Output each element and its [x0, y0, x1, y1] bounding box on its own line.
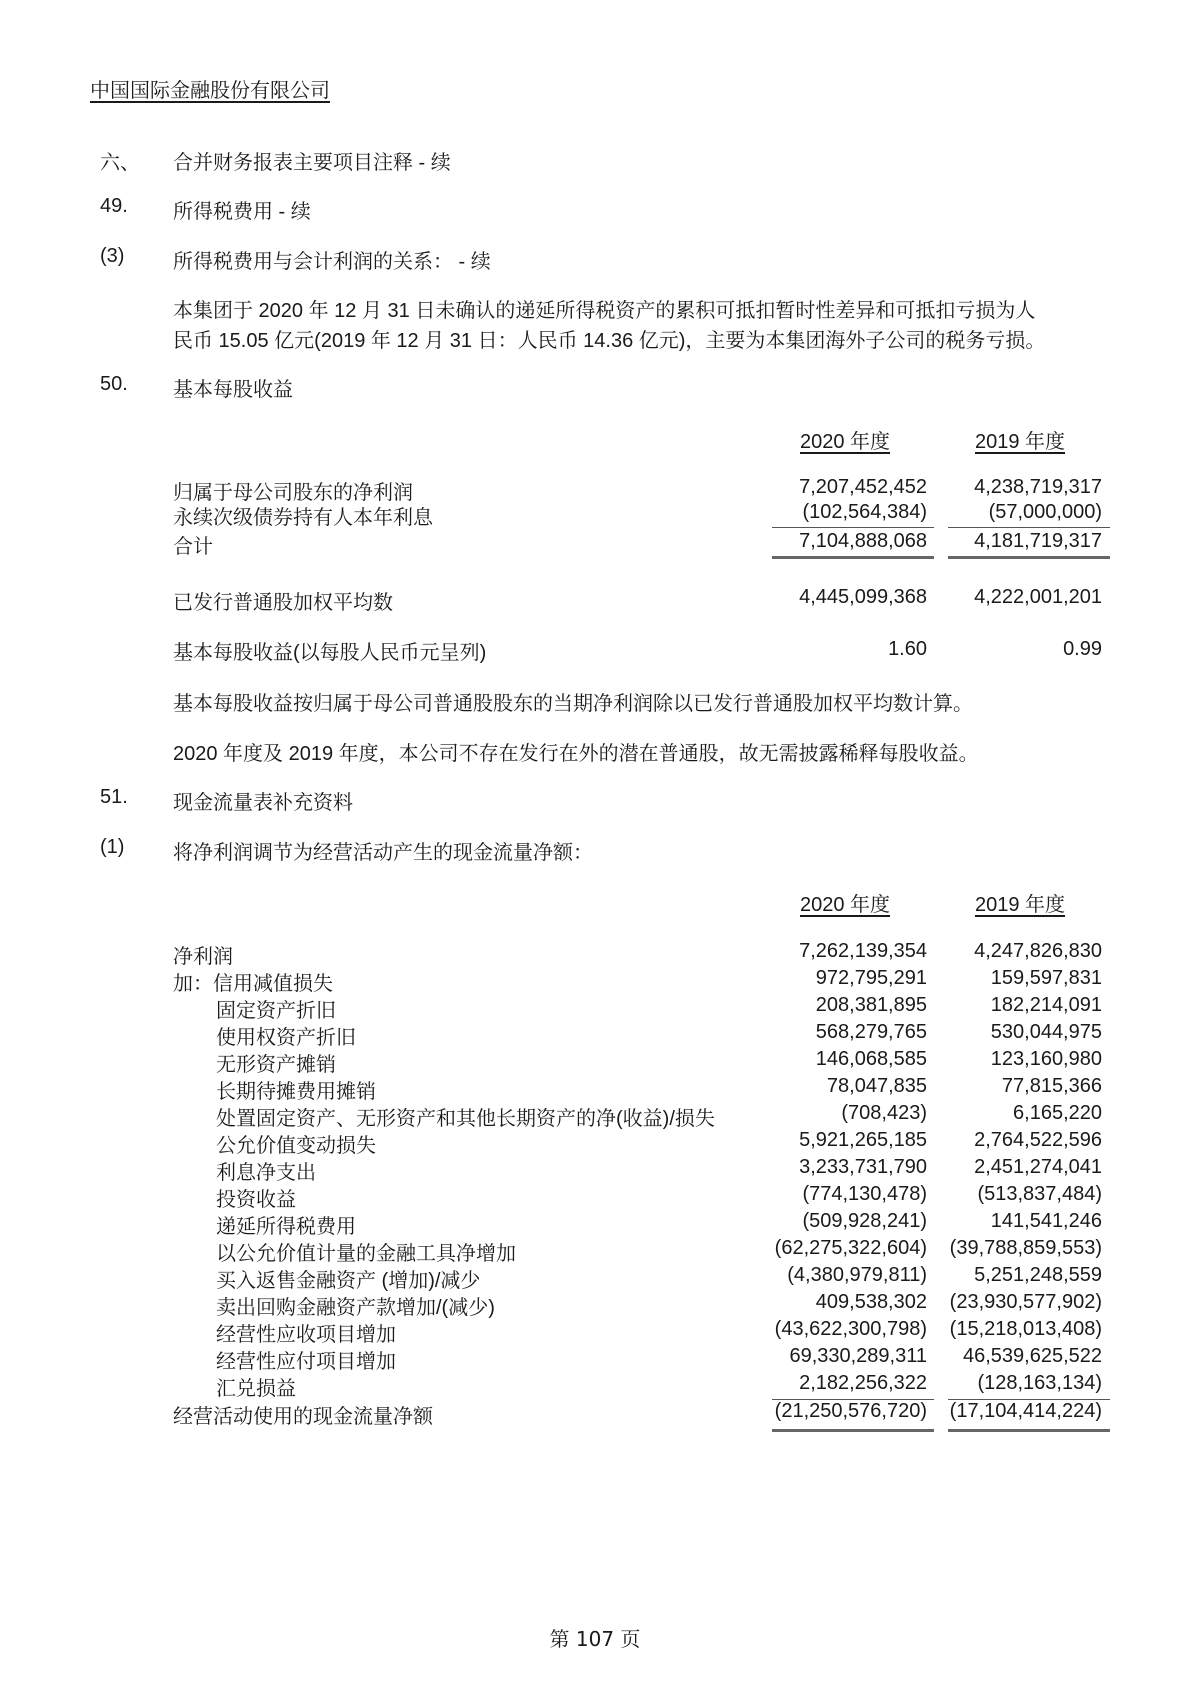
- cf-row-label: 卖出回购金融资产款增加/(减少): [216, 1291, 495, 1320]
- cf-row-2019: (128,163,134): [927, 1372, 1102, 1395]
- total-line-2020: [772, 556, 934, 559]
- cf-row-label: 利息净支出: [216, 1156, 316, 1185]
- cf-row-2020: 409,538,302: [752, 1291, 927, 1314]
- cf-row-2020: 78,047,835: [752, 1075, 927, 1098]
- eps-row-2019: 0.99: [927, 638, 1102, 661]
- eps-row-2019: 4,238,719,317: [927, 476, 1102, 499]
- cf-row-2019: 2,764,522,596: [927, 1129, 1102, 1152]
- cf-row-2020: (774,130,478): [752, 1183, 927, 1206]
- cf-row-label: 经营性应付项目增加: [216, 1345, 396, 1374]
- eps-row-2020: (102,564,384): [752, 501, 927, 524]
- cf-row-label: 汇兑损益: [216, 1372, 296, 1401]
- note-49-title: 所得税费用 - 续: [173, 195, 311, 224]
- note-51-1-number: (1): [100, 836, 124, 859]
- cf-row-label: 固定资产折旧: [216, 994, 336, 1023]
- subtotal-line-2020: [772, 527, 934, 528]
- cf-total-2020: (21,250,576,720): [752, 1400, 927, 1423]
- part-number: 六、: [100, 146, 140, 175]
- cf-row-label: 长期待摊费用摊销: [216, 1075, 376, 1104]
- eps-row-2020: 7,104,888,068: [752, 530, 927, 553]
- eps-row-label: 合计: [173, 530, 213, 559]
- subtotal-line-2019: [948, 527, 1110, 528]
- cf-row-2019: 182,214,091: [927, 994, 1102, 1017]
- cf-row-2020: 7,262,139,354: [752, 940, 927, 963]
- total-line-2019: [948, 1429, 1110, 1432]
- cf-row-label: 处置固定资产、无形资产和其他长期资产的净(收益)/损失: [216, 1102, 715, 1131]
- cf-row-2020: 208,381,895: [752, 994, 927, 1017]
- note-51-1-title: 将净利润调节为经营活动产生的现金流量净额：: [173, 836, 593, 865]
- eps-row-2020: 4,445,099,368: [752, 586, 927, 609]
- cf-row-2019: 6,165,220: [927, 1102, 1102, 1125]
- eps-row-2020: 1.60: [752, 638, 927, 661]
- cf-row-2020: (708,423): [752, 1102, 927, 1125]
- eps-row-label: 基本每股收益(以每股人民币元呈列): [173, 636, 486, 665]
- cf-row-2020: (62,275,322,604): [752, 1237, 927, 1260]
- eps-note-1: 基本每股收益按归属于母公司普通股股东的当期净利润除以已发行普通股加权平均数计算。: [173, 687, 973, 716]
- eps-row-2019: 4,181,719,317: [927, 530, 1102, 553]
- eps-col-2020: 2020 年度: [760, 425, 930, 454]
- cf-row-label: 经营性应收项目增加: [216, 1318, 396, 1347]
- cf-row-2019: (23,930,577,902): [927, 1291, 1102, 1314]
- note-49-3-title: 所得税费用与会计利润的关系： - 续: [173, 245, 491, 274]
- cf-row-label: 无形资产摊销: [216, 1048, 336, 1077]
- cf-row-2020: (509,928,241): [752, 1210, 927, 1233]
- cf-row-2019: (513,837,484): [927, 1183, 1102, 1206]
- note-51-number: 51.: [100, 786, 128, 809]
- eps-row-2019: (57,000,000): [927, 501, 1102, 524]
- cf-row-label: 递延所得税费用: [216, 1210, 356, 1239]
- cf-row-2019: 46,539,625,522: [927, 1345, 1102, 1368]
- cf-row-2020: (4,380,979,811): [752, 1264, 927, 1287]
- cf-row-2019: 141,541,246: [927, 1210, 1102, 1233]
- eps-col-2019: 2019 年度: [935, 425, 1105, 454]
- cf-row-label: 公允价值变动损失: [216, 1129, 376, 1158]
- company-name: 中国国际金融股份有限公司: [90, 74, 330, 103]
- total-line-2019: [948, 556, 1110, 559]
- cf-row-label: 买入返售金融资产 (增加)/减少: [216, 1264, 480, 1293]
- note-51-title: 现金流量表补充资料: [173, 786, 353, 815]
- cf-row-2020: 146,068,585: [752, 1048, 927, 1071]
- cf-row-2019: 5,251,248,559: [927, 1264, 1102, 1287]
- cf-row-2019: 4,247,826,830: [927, 940, 1102, 963]
- total-line-2020: [772, 1429, 934, 1432]
- note-49-number: 49.: [100, 195, 128, 218]
- cf-col-2020: 2020 年度: [760, 888, 930, 917]
- note-49-3-paragraph-line2: 民币 15.05 亿元(2019 年 12 月 31 日：人民币 14.36 亿…: [173, 324, 1045, 353]
- cf-row-label: 净利润: [173, 940, 233, 969]
- cf-row-2019: 123,160,980: [927, 1048, 1102, 1071]
- cf-row-2019: (15,218,013,408): [927, 1318, 1102, 1341]
- cf-row-label: 使用权资产折旧: [216, 1021, 356, 1050]
- cf-row-2020: 972,795,291: [752, 967, 927, 990]
- cf-row-2020: 5,921,265,185: [752, 1129, 927, 1152]
- cf-row-label: 加：信用减值损失: [173, 967, 333, 996]
- cf-row-2020: 2,182,256,322: [752, 1372, 927, 1395]
- part-title: 合并财务报表主要项目注释 - 续: [173, 146, 451, 175]
- eps-row-label: 已发行普通股加权平均数: [173, 586, 393, 615]
- cf-row-2020: 568,279,765: [752, 1021, 927, 1044]
- eps-row-2019: 4,222,001,201: [927, 586, 1102, 609]
- cf-total-2019: (17,104,414,224): [927, 1400, 1102, 1423]
- page-number: 第 107 页: [0, 1623, 1190, 1652]
- cf-row-2019: 530,044,975: [927, 1021, 1102, 1044]
- cf-row-2020: 3,233,731,790: [752, 1156, 927, 1179]
- cf-row-label: 投资收益: [216, 1183, 296, 1212]
- cf-row-2019: (39,788,859,553): [927, 1237, 1102, 1260]
- cf-row-2019: 77,815,366: [927, 1075, 1102, 1098]
- cf-row-2020: 69,330,289,311: [752, 1345, 927, 1368]
- cf-row-2019: 159,597,831: [927, 967, 1102, 990]
- cf-row-2020: (43,622,300,798): [752, 1318, 927, 1341]
- eps-row-2020: 7,207,452,452: [752, 476, 927, 499]
- note-49-3-paragraph-line1: 本集团于 2020 年 12 月 31 日未确认的递延所得税资产的累积可抵扣暂时…: [173, 294, 1035, 323]
- eps-row-label: 永续次级债券持有人本年利息: [173, 501, 433, 530]
- cf-row-label: 以公允价值计量的金融工具净增加: [216, 1237, 516, 1266]
- eps-note-2: 2020 年度及 2019 年度，本公司不存在发行在外的潜在普通股，故无需披露稀…: [173, 737, 979, 766]
- cf-row-2019: 2,451,274,041: [927, 1156, 1102, 1179]
- cf-col-2019: 2019 年度: [935, 888, 1105, 917]
- note-49-3-number: (3): [100, 245, 124, 268]
- cf-total-label: 经营活动使用的现金流量净额: [173, 1400, 433, 1429]
- note-50-number: 50.: [100, 373, 128, 396]
- note-50-title: 基本每股收益: [173, 373, 293, 402]
